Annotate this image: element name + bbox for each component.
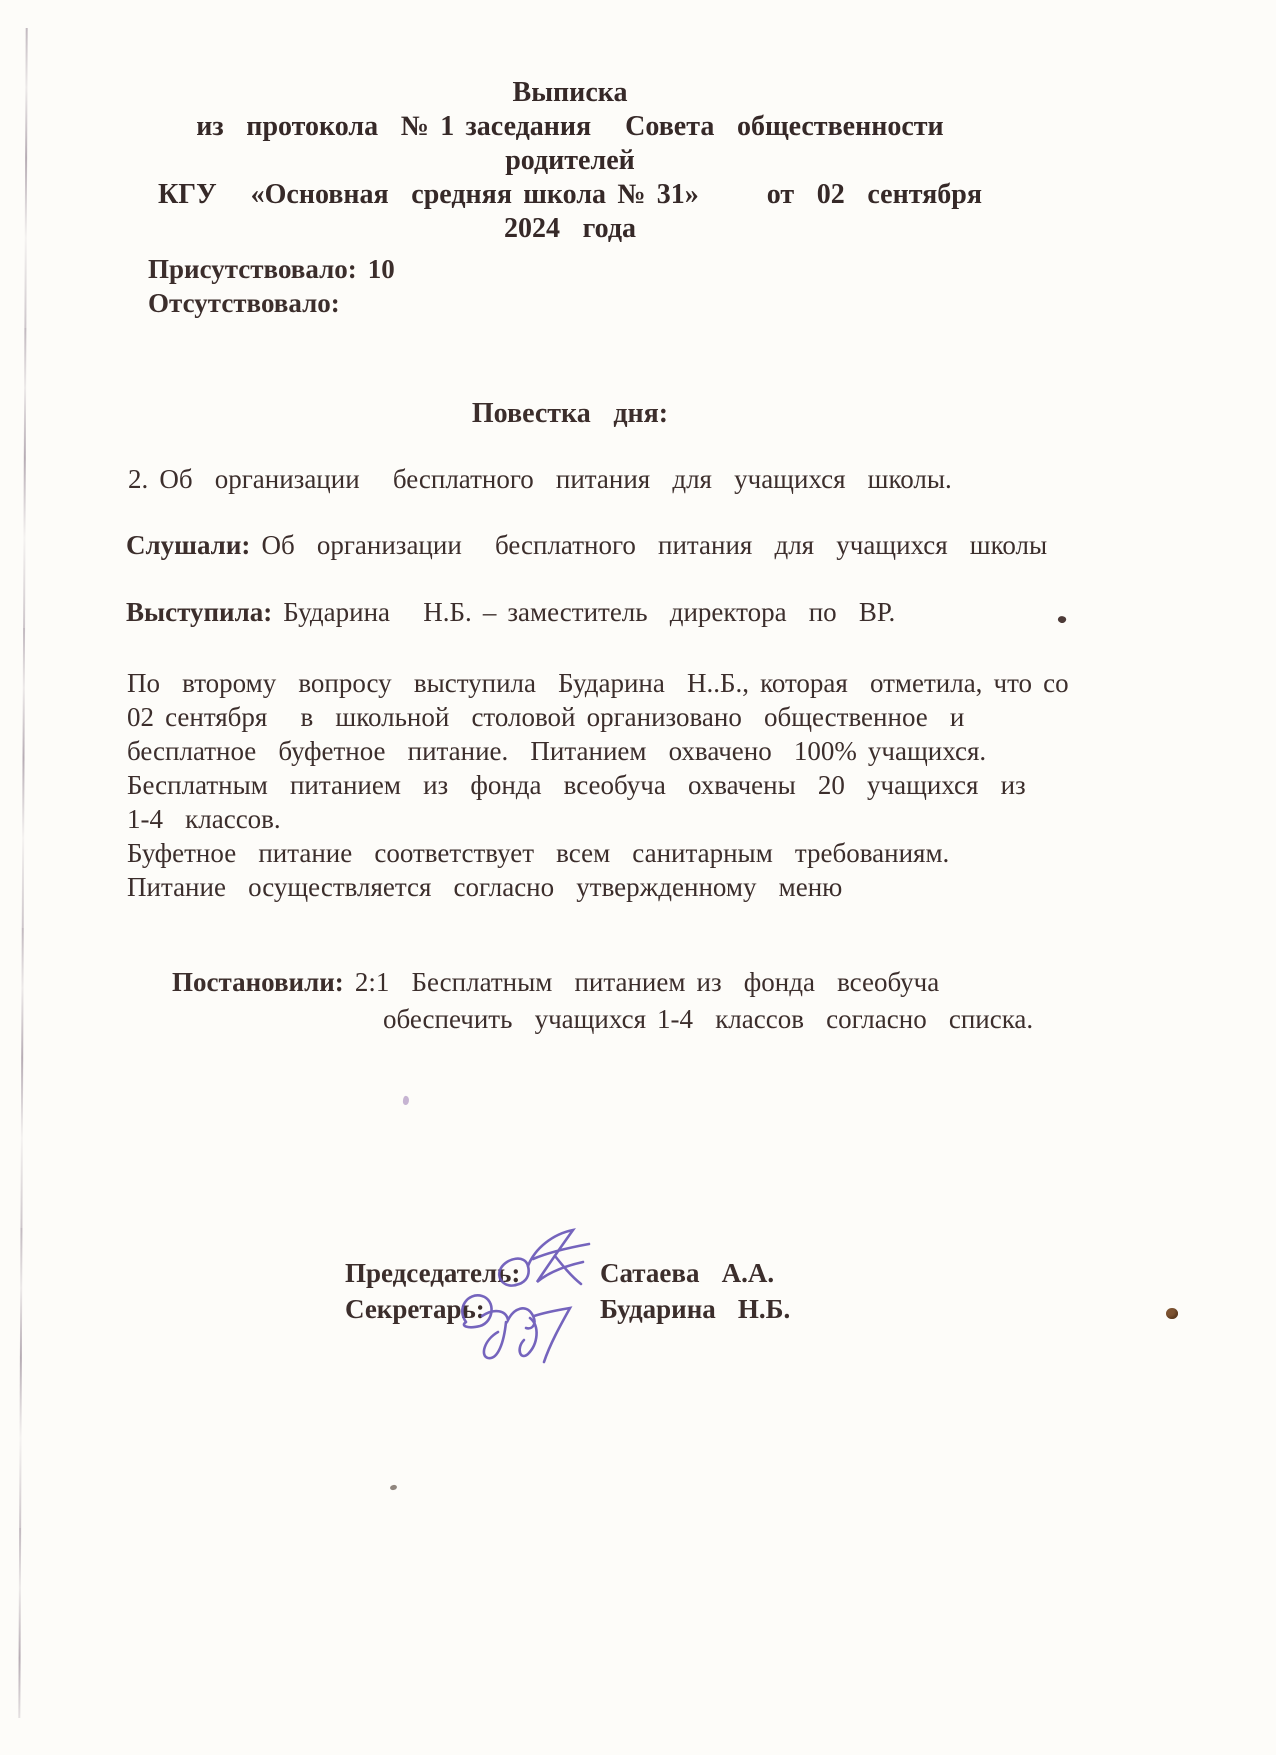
heard-line: Слушали: Об организации бесплатного пита… [126, 530, 1047, 561]
paragraph-line: Бесплатным питанием из фонда всеобуча ох… [127, 768, 1187, 802]
present-count: Присутствовало: 10 [148, 252, 395, 286]
absent-count: Отсутствовало: [148, 286, 395, 320]
ink-speck [1057, 615, 1067, 625]
spoke-label: Выступила: [126, 597, 272, 627]
paragraph-line: 02 сентября в школьной столовой организо… [127, 700, 1187, 734]
resolution-block: Постановили: 2:1 Бесплатным питанием из … [172, 964, 1033, 1038]
title-line-1: Выписка [130, 76, 1010, 110]
heard-label: Слушали: [126, 530, 250, 560]
resolution-line-1: Постановили: 2:1 Бесплатным питанием из … [172, 964, 1033, 1001]
scan-speck [402, 1096, 409, 1106]
secretary-signature [450, 1282, 580, 1374]
scan-speck [389, 1484, 397, 1491]
resolution-label: Постановили: [172, 967, 344, 997]
body-paragraph: По второму вопросу выступила Бударина Н.… [127, 666, 1187, 904]
signature-block: Председатель: Сатаева А.А. Секретарь: [345, 1258, 1045, 1330]
paragraph-line: Питание осуществляется согласно утвержде… [127, 870, 1187, 904]
resolution-line-2: обеспечить учащихся 1-4 классов согласно… [172, 1001, 1033, 1038]
agenda-heading: Повестка дня: [130, 398, 1010, 430]
title-line-3: КГУ «Основная средняя школа № 31» от 02 … [130, 178, 1010, 246]
agenda-item: 2. Об организации бесплатного питания дл… [128, 464, 952, 495]
paragraph-line: бесплатное буфетное питание. Питанием ох… [127, 734, 1187, 768]
chairman-name: Сатаева А.А. [600, 1258, 774, 1289]
paragraph-line: Буфетное питание соответствует всем сани… [127, 836, 1187, 870]
paragraph-line: По второму вопросу выступила Бударина Н.… [127, 666, 1187, 700]
secretary-row: Секретарь: Бударина Н.Б. [345, 1294, 1045, 1330]
resolution-text: 2:1 Бесплатным питанием из фонда всеобуч… [344, 967, 939, 997]
spoke-line: Выступила: Бударина Н.Б. – заместитель д… [126, 597, 895, 628]
heard-text: Об организации бесплатного питания для у… [250, 530, 1047, 560]
paper-speck [1166, 1308, 1178, 1319]
scan-edge-artifact [18, 28, 27, 1718]
title-line-2: из протокола № 1 заседания Совета общест… [130, 110, 1010, 178]
scanned-document-page: Выписка из протокола № 1 заседания Совет… [0, 0, 1276, 1755]
document-title: Выписка из протокола № 1 заседания Совет… [130, 76, 1010, 246]
paragraph-line: 1-4 классов. [127, 802, 1187, 836]
secretary-name: Бударина Н.Б. [600, 1294, 790, 1325]
spoke-text: Бударина Н.Б. – заместитель директора по… [272, 597, 895, 627]
attendance-block: Присутствовало: 10 Отсутствовало: [148, 252, 395, 320]
